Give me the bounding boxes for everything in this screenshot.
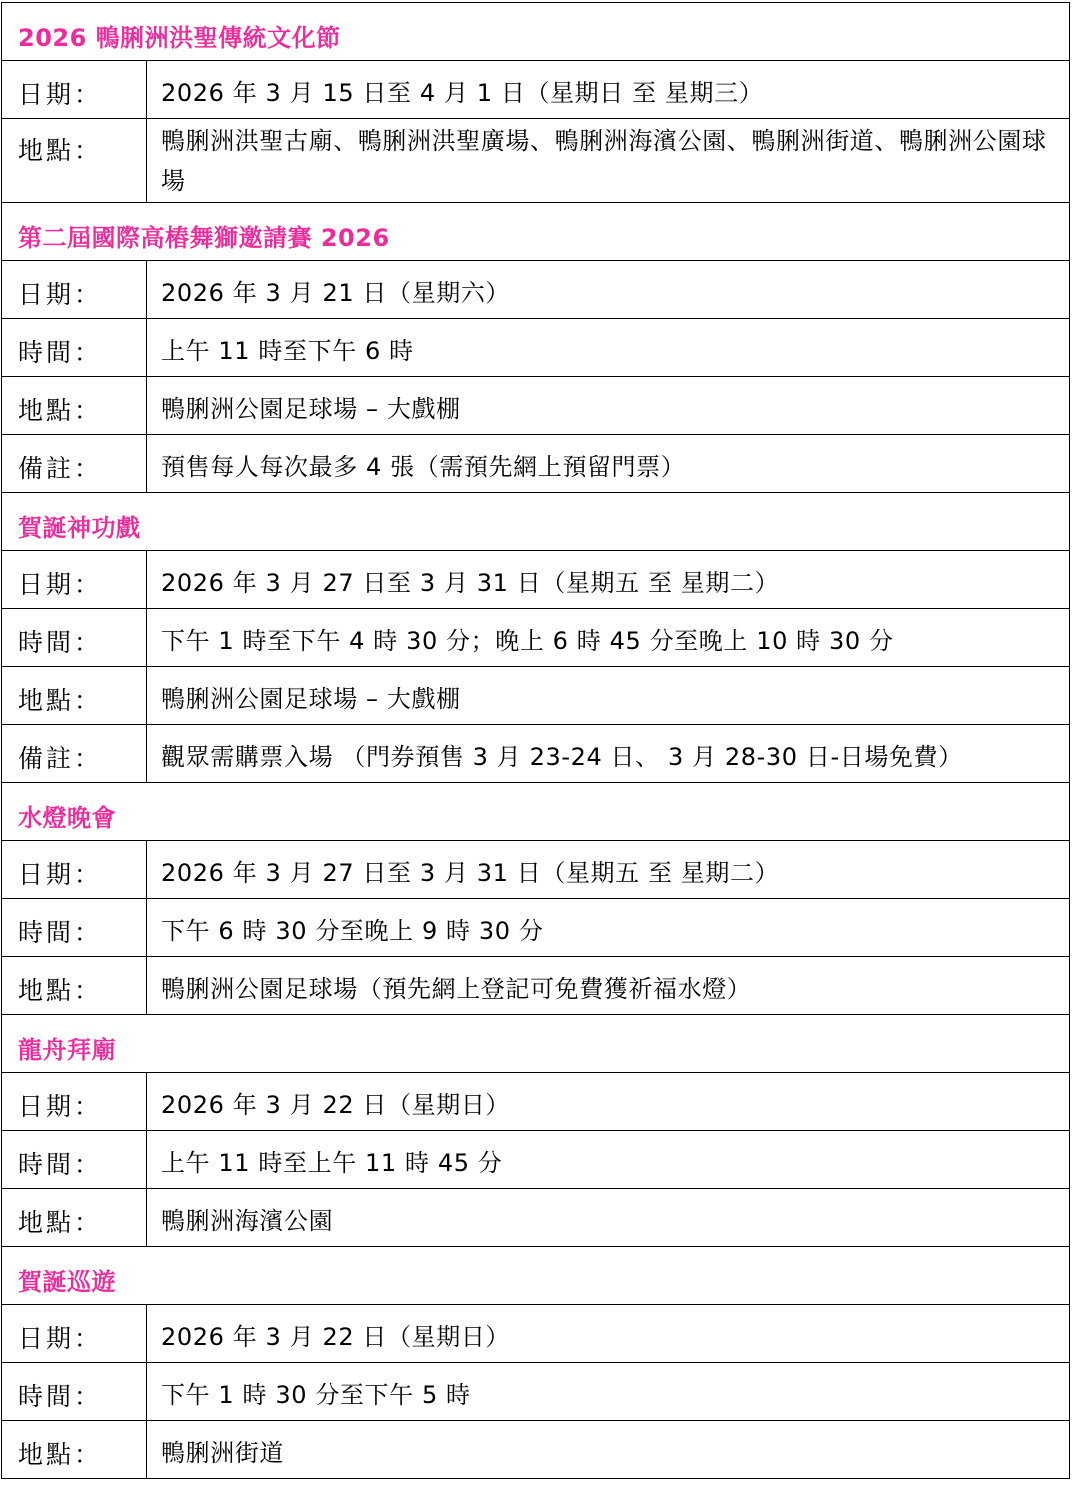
section-title: 賀誕神功戲 [2,500,1069,543]
field-value: 上午 11 時至上午 11 時 45 分 [147,1137,1069,1183]
field-row-date: 日期： 2026 年 3 月 22 日（星期日） [2,1073,1070,1131]
section-title: 水燈晚會 [2,790,1069,833]
event-schedule-document: 2026 鴨脷洲洪聖傳統文化節 日期： 2026 年 3 月 15 日至 4 月… [1,2,1069,1479]
section-header-dragon-boat: 龍舟拜廟 [2,1015,1070,1073]
field-value: 觀眾需購票入場 （門券預售 3 月 23-24 日、 3 月 28-30 日-日… [147,731,1069,777]
field-value: 鴨脷洲街道 [147,1427,1069,1473]
field-label: 日期： [2,69,146,111]
field-value: 鴨脷洲洪聖古廟、鴨脷洲洪聖廣場、鴨脷洲海濱公園、鴨脷洲街道、鴨脷洲公園球場 [147,121,1069,201]
field-value: 下午 6 時 30 分至晚上 9 時 30 分 [147,905,1069,951]
section-title: 龍舟拜廟 [2,1022,1069,1065]
field-label: 日期： [2,269,146,311]
field-label: 時間： [2,327,146,369]
field-row-location: 地點： 鴨脷洲海濱公園 [2,1189,1070,1247]
field-row-time: 時間： 上午 11 時至上午 11 時 45 分 [2,1131,1070,1189]
field-label: 時間： [2,907,146,949]
field-row-location: 地點： 鴨脷洲公園足球場 – 大戲棚 [2,377,1070,435]
field-label: 時間： [2,617,146,659]
field-label: 備註： [2,443,146,485]
section-header-festival: 2026 鴨脷洲洪聖傳統文化節 [2,3,1070,61]
section-header-opera: 賀誕神功戲 [2,493,1070,551]
field-value: 鴨脷洲公園足球場（預先網上登記可免費獲祈福水燈） [147,963,1069,1009]
field-value: 2026 年 3 月 22 日（星期日） [147,1311,1069,1357]
field-row-remarks: 備註： 觀眾需購票入場 （門券預售 3 月 23-24 日、 3 月 28-30… [2,725,1070,783]
field-row-date: 日期： 2026 年 3 月 21 日（星期六） [2,261,1070,319]
field-value: 2026 年 3 月 27 日至 3 月 31 日（星期五 至 星期二） [147,847,1069,893]
section-header-parade: 賀誕巡遊 [2,1247,1070,1305]
field-value: 2026 年 3 月 27 日至 3 月 31 日（星期五 至 星期二） [147,557,1069,603]
field-value: 鴨脷洲公園足球場 – 大戲棚 [147,673,1069,719]
field-row-location: 地點： 鴨脷洲街道 [2,1421,1070,1479]
field-row-time: 時間： 下午 6 時 30 分至晚上 9 時 30 分 [2,899,1070,957]
field-row-location: 地點： 鴨脷洲公園足球場（預先網上登記可免費獲祈福水燈） [2,957,1070,1015]
field-value: 2026 年 3 月 21 日（星期六） [147,267,1069,313]
field-value: 2026 年 3 月 22 日（星期日） [147,1079,1069,1125]
field-label: 時間： [2,1139,146,1181]
field-row-date: 日期： 2026 年 3 月 15 日至 4 月 1 日（星期日 至 星期三） [2,61,1070,119]
field-value: 預售每人每次最多 4 張（需預先網上預留門票） [147,441,1069,487]
field-row-date: 日期： 2026 年 3 月 27 日至 3 月 31 日（星期五 至 星期二） [2,841,1070,899]
section-title: 第二屆國際高樁舞獅邀請賽 2026 [2,210,1069,253]
field-label: 地點： [2,965,146,1007]
field-label: 地點： [2,385,146,427]
field-row-date: 日期： 2026 年 3 月 27 日至 3 月 31 日（星期五 至 星期二） [2,551,1070,609]
section-title: 賀誕巡遊 [2,1254,1069,1297]
field-row-location: 地點： 鴨脷洲公園足球場 – 大戲棚 [2,667,1070,725]
section-header-lion-dance: 第二屆國際高樁舞獅邀請賽 2026 [2,203,1070,261]
field-row-location: 地點： 鴨脷洲洪聖古廟、鴨脷洲洪聖廣場、鴨脷洲海濱公園、鴨脷洲街道、鴨脷洲公園球… [2,119,1070,203]
field-row-time: 時間： 下午 1 時至下午 4 時 30 分；晚上 6 時 45 分至晚上 10… [2,609,1070,667]
field-label: 時間： [2,1371,146,1413]
field-label: 地點： [2,1429,146,1471]
field-label: 日期： [2,1081,146,1123]
field-row-remarks: 備註： 預售每人每次最多 4 張（需預先網上預留門票） [2,435,1070,493]
field-value: 下午 1 時 30 分至下午 5 時 [147,1369,1069,1415]
field-label: 日期： [2,849,146,891]
field-value: 下午 1 時至下午 4 時 30 分；晚上 6 時 45 分至晚上 10 時 3… [147,615,1069,661]
field-value: 鴨脷洲海濱公園 [147,1195,1069,1241]
field-label: 日期： [2,1313,146,1355]
field-value: 上午 11 時至下午 6 時 [147,325,1069,371]
field-label: 地點： [2,675,146,717]
section-header-lantern-evening: 水燈晚會 [2,783,1070,841]
field-label: 日期： [2,559,146,601]
field-label: 備註： [2,733,146,775]
field-label: 地點： [2,1197,146,1239]
field-value: 2026 年 3 月 15 日至 4 月 1 日（星期日 至 星期三） [147,67,1069,113]
field-label: 地點： [2,119,146,167]
field-row-time: 時間： 下午 1 時 30 分至下午 5 時 [2,1363,1070,1421]
field-row-date: 日期： 2026 年 3 月 22 日（星期日） [2,1305,1070,1363]
section-title: 2026 鴨脷洲洪聖傳統文化節 [2,10,1069,53]
event-schedule-table: 2026 鴨脷洲洪聖傳統文化節 日期： 2026 年 3 月 15 日至 4 月… [1,2,1070,1479]
field-row-time: 時間： 上午 11 時至下午 6 時 [2,319,1070,377]
field-value: 鴨脷洲公園足球場 – 大戲棚 [147,383,1069,429]
